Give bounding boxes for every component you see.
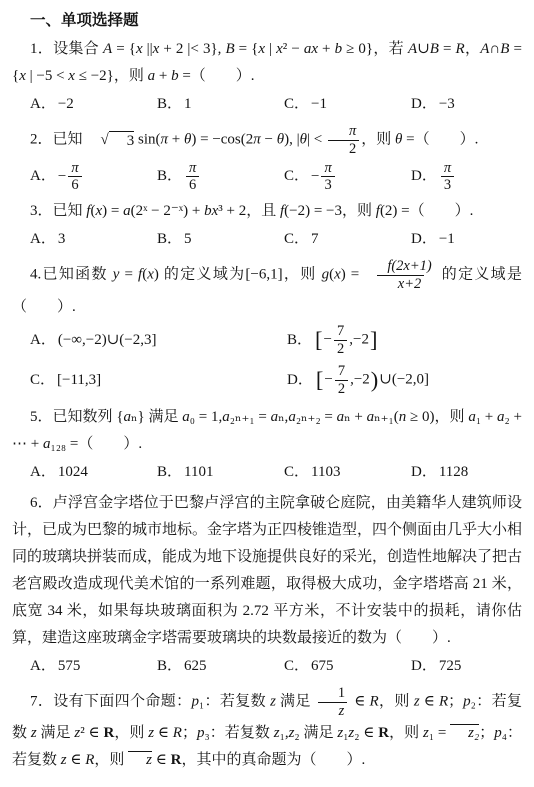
option-D: D．725 [411, 652, 461, 681]
text-run: 7．设有下面四个命题： [30, 694, 191, 710]
fraction-denominator: 3 [441, 176, 454, 194]
math-run: x [19, 68, 26, 84]
question-stem: 5．已知数列 {aₙ} 满足 a₀ = 1,a₂ₙ₊₁ = aₙ,a₂ₙ₊₂ =… [12, 404, 522, 458]
text-run: 725 [439, 658, 462, 674]
text-run: 1024 [58, 464, 88, 480]
option-label: D． [411, 458, 437, 487]
option-value: 725 [439, 652, 462, 681]
option-D: D．π3 [411, 159, 456, 195]
option-label: B． [157, 162, 182, 191]
option-value: −1 [439, 225, 455, 254]
option-label: A． [30, 90, 56, 119]
text-run: ； [448, 694, 463, 710]
option-value: 575 [58, 652, 81, 681]
text-run: ,−2 [349, 332, 369, 348]
text-run: ) = [102, 203, 123, 219]
fraction-numerator: π [321, 160, 334, 177]
option-C: C．[−11,3] [30, 361, 287, 401]
fraction-numerator: 1 [317, 685, 348, 702]
math-run: x [276, 41, 283, 57]
text-run: ，则 [379, 694, 414, 710]
option-B: B．5 [157, 225, 284, 254]
option-label: D． [411, 162, 437, 191]
fraction-denominator: 6 [186, 176, 199, 194]
text-run: = { [235, 41, 259, 57]
text-run: + [168, 132, 184, 148]
fraction-numerator: π [441, 160, 454, 177]
option-label: A． [30, 162, 56, 191]
math-run: bx [204, 203, 218, 219]
text-run: ), | [284, 132, 300, 148]
option-C: C．675 [284, 652, 411, 681]
text-run: 1101 [184, 464, 213, 480]
option-A: A．−π6 [30, 159, 157, 195]
math-run: a [468, 409, 476, 425]
question-q3: 3．已知 f(x) = a(2ˣ − 2⁻ˣ) + bx³ + 2，且 f(−2… [12, 198, 522, 254]
question-options: A．1024B．1101C．1103D．1128 [12, 458, 522, 487]
fraction: π3 [441, 160, 454, 194]
math-run: x [147, 267, 154, 283]
option-A: A．575 [30, 652, 157, 681]
math-run: b [171, 68, 179, 84]
question-options: A．−π6B．π6C．−π3D．π3 [12, 159, 522, 195]
text-run: 1 [184, 96, 192, 112]
math-run: a [123, 203, 131, 219]
math-run: x [68, 68, 75, 84]
text-run: 3 [58, 231, 66, 247]
fraction-denominator: 2 [328, 140, 359, 158]
text-run: (−∞,−2)∪(−2,3] [58, 332, 157, 348]
fraction-denominator: 2 [335, 380, 348, 398]
math-run: a [222, 409, 230, 425]
text-run: ； [479, 725, 494, 741]
option-A: A．3 [30, 225, 157, 254]
option-value: −2 [58, 90, 74, 119]
text-run: − [324, 332, 332, 348]
option-B: B．π6 [157, 159, 284, 195]
text-run: −3 [439, 96, 455, 112]
math-run: A [408, 41, 417, 57]
option-value: 5 [184, 225, 192, 254]
option-C: C．−1 [284, 90, 411, 119]
question-options: A．−2B．1C．−1D．−3 [12, 90, 522, 119]
option-label: A． [30, 458, 56, 487]
text-run: + [318, 41, 335, 57]
option-C: C．1103 [284, 458, 411, 487]
option-label: C． [284, 90, 309, 119]
math-run: a [288, 409, 296, 425]
text-run: 675 [311, 658, 334, 674]
text-run: −1 [439, 231, 455, 247]
text-run: = [439, 41, 456, 57]
option-label: B． [157, 90, 182, 119]
text-run: 2．已知 [30, 132, 83, 148]
math-run: p [494, 725, 502, 741]
math-run: b [335, 41, 343, 57]
text-run: − [311, 168, 319, 184]
text-run: 7 [311, 231, 319, 247]
text-run: (2) =（ ）. [380, 203, 473, 219]
option-value: −3 [439, 90, 455, 119]
option-D: D．1128 [411, 458, 468, 487]
text-run: = [119, 267, 138, 283]
text-run: || [143, 41, 153, 57]
text-run: ∈ [67, 752, 86, 768]
option-label: C． [284, 652, 309, 681]
math-run: a [124, 409, 132, 425]
option-value: [−72,−2)∪(−2,0] [315, 362, 429, 398]
text-run: ₁ = [429, 725, 450, 741]
text-run: − [261, 132, 277, 148]
question-q6: 6．卢浮宫金字塔位于巴黎卢浮宫的主院拿破仑庭院，由美籍华人建筑师设计，已成为巴黎… [12, 490, 522, 681]
question-stem: 3．已知 f(x) = a(2ˣ − 2⁻ˣ) + bx³ + 2，且 f(−2… [12, 198, 522, 225]
fraction-denominator: x+2 [377, 275, 424, 293]
text-run: | −5 < [26, 68, 68, 84]
math-run: a [182, 409, 190, 425]
fraction-numerator: π [328, 123, 359, 140]
option-B: B．1101 [157, 458, 284, 487]
option-label: B． [287, 326, 312, 355]
text-run: ² ∈ [80, 725, 103, 741]
text-run: 满足 [37, 725, 75, 741]
math-run: π [161, 132, 169, 148]
option-A: A．−2 [30, 90, 157, 119]
text-run: ≥ 0}，若 [342, 41, 408, 57]
text-run: ； [182, 725, 197, 741]
option-value: 1 [184, 90, 192, 119]
option-B: B．[−72,−2] [287, 321, 378, 361]
math-run: p [191, 694, 199, 710]
fraction-denominator: z [318, 702, 348, 720]
option-value: −π3 [311, 159, 337, 195]
math-run: θ [300, 132, 307, 148]
option-label: B． [157, 458, 182, 487]
text-run: ∪(−2,0] [379, 372, 429, 388]
text-run: [−11,3] [57, 372, 101, 388]
text-run: + 2 |< 3}, [159, 41, 225, 57]
text-run: + [155, 68, 171, 84]
text-run: 1128 [439, 464, 468, 480]
fraction: π6 [68, 160, 81, 194]
text-run: ，则 [361, 132, 395, 148]
text-run: 4.已知函数 [30, 267, 113, 283]
option-value: [−11,3] [57, 366, 101, 395]
big-bracket: [ [316, 367, 324, 392]
text-run: ≥ 0)，则 [406, 409, 468, 425]
fraction: π3 [321, 160, 334, 194]
option-value: [−72,−2] [314, 322, 378, 358]
fraction: 72 [335, 363, 348, 397]
option-value: 1128 [439, 458, 468, 487]
text-run: | < [307, 132, 326, 148]
option-label: B． [157, 225, 182, 254]
text-run: ₁, [280, 725, 289, 741]
math-run: x [334, 267, 341, 283]
question-list: 1．设集合 A = {x ||x + 2 |< 3}, B = {x | x² … [12, 36, 522, 774]
text-run: =（ ）. [179, 68, 255, 84]
math-run: a [367, 409, 375, 425]
fraction-numerator: π [186, 160, 199, 177]
math-run: π [253, 132, 261, 148]
fraction-numerator: 7 [335, 363, 348, 380]
text-run: ∈ [154, 725, 173, 741]
option-B: B．625 [157, 652, 284, 681]
text-run: ₙ₊₁( [374, 409, 399, 425]
fraction: f(2x+1)x+2 [366, 258, 434, 292]
text-run: ₙ} 满足 [131, 409, 182, 425]
text-run: − [58, 168, 66, 184]
text-run: (−2) = −3，则 [284, 203, 376, 219]
section-title: 一、单项选择题 [12, 8, 522, 30]
math-run: R [85, 752, 94, 768]
math-run: x [136, 41, 143, 57]
math-run: a [271, 409, 279, 425]
option-value: π3 [439, 159, 456, 195]
fraction: 1z [317, 685, 348, 719]
text-run: ₃：若复数 [204, 725, 273, 741]
option-value: π6 [184, 159, 201, 195]
option-value: 1103 [311, 458, 340, 487]
option-label: C． [284, 225, 309, 254]
question-options: A．(−∞,−2)∪(−2,3]B．[−72,−2]C．[−11,3]D．[−7… [12, 321, 522, 401]
text-run: =（ ）. [402, 132, 478, 148]
math-run: R [455, 41, 464, 57]
text-run: ∪ [417, 41, 430, 57]
option-value: 625 [184, 652, 207, 681]
option-label: D． [287, 366, 313, 395]
question-q4: 4.已知函数 y = f(x) 的定义域为[−6,1]，则 g(x) = f(2… [12, 257, 522, 400]
bold-set-symbol: R [103, 725, 114, 741]
option-D: D．−1 [411, 225, 455, 254]
sqrt-expression: √3 [83, 131, 135, 150]
option-label: B． [157, 652, 182, 681]
text-run: ₀ = 1, [190, 409, 222, 425]
text-run: ) 的定义域为[−6,1]，则 [154, 267, 322, 283]
option-value: 1024 [58, 458, 88, 487]
text-run: ，则 [389, 725, 423, 741]
question-stem: 4.已知函数 y = f(x) 的定义域为[−6,1]，则 g(x) = f(2… [12, 257, 522, 320]
overline-conjugate: z [128, 751, 152, 769]
overline-conjugate: z₂ [450, 724, 479, 742]
text-run: ₁：若复数 [199, 694, 270, 710]
text-run: − [324, 372, 332, 388]
option-value: −π6 [58, 159, 84, 195]
math-run: A [103, 41, 112, 57]
radicand: 3 [109, 131, 135, 150]
option-value: 7 [311, 225, 319, 254]
text-run: 575 [58, 658, 81, 674]
fraction: π6 [186, 160, 199, 194]
question-options: A．3B．5C．7D．−1 [12, 225, 522, 254]
fraction-denominator: 6 [68, 176, 81, 194]
text-run: ≤ −2}，则 [75, 68, 148, 84]
text-run: sin( [134, 132, 160, 148]
big-bracket: ) [371, 367, 379, 392]
text-run: ₙ + [344, 409, 366, 425]
text-run: (2ˣ − 2⁻ˣ) + [131, 203, 205, 219]
math-run: p [463, 694, 471, 710]
text-run: ) = −cos(2 [191, 132, 253, 148]
fraction-numerator: f(2x+1) [366, 258, 434, 275]
option-label: C． [30, 366, 55, 395]
text-run: ∈ [420, 694, 439, 710]
text-run: −1 [311, 96, 327, 112]
option-label: D． [411, 225, 437, 254]
text-run: 6．卢浮宫金字塔位于巴黎卢浮宫的主院拿破仑庭院，由美籍华人建筑师设计，已成为巴黎… [12, 495, 522, 646]
math-run: R [439, 694, 448, 710]
big-bracket: ] [370, 327, 378, 352]
option-B: B．1 [157, 90, 284, 119]
question-q7: 7．设有下面四个命题：p₁：若复数 z 满足 1z ∈ R，则 z ∈ R；p₂… [12, 684, 522, 774]
fraction-numerator: π [68, 160, 81, 177]
question-stem: 2．已知√3 sin(π + θ) = −cos(2π − θ), |θ| < … [12, 122, 522, 158]
big-bracket: [ [315, 327, 323, 352]
fraction: π2 [328, 123, 359, 157]
option-D: D．−3 [411, 90, 455, 119]
text-run: ₂ ∈ [354, 725, 378, 741]
text-run: ∈ [350, 694, 369, 710]
text-run: ₂ₙ₊₂ = [296, 409, 337, 425]
option-C: C．−π3 [284, 159, 411, 195]
question-stem: 1．设集合 A = {x ||x + 2 |< 3}, B = {x | x² … [12, 36, 522, 90]
option-label: D． [411, 90, 437, 119]
text-run: 1103 [311, 464, 340, 480]
text-run: ，则 [94, 752, 128, 768]
text-run: ,−2 [350, 372, 370, 388]
option-label: A． [30, 326, 56, 355]
text-run: 625 [184, 658, 207, 674]
fraction-numerator: 7 [334, 323, 347, 340]
math-run: a [497, 409, 505, 425]
question-options: A．575B．625C．675D．725 [12, 652, 522, 681]
bold-set-symbol: R [171, 752, 182, 768]
option-label: C． [284, 162, 309, 191]
option-value: 675 [311, 652, 334, 681]
option-label: A． [30, 652, 56, 681]
fraction: 72 [334, 323, 347, 357]
question-q2: 2．已知√3 sin(π + θ) = −cos(2π − θ), |θ| < … [12, 122, 522, 195]
fraction-denominator: 2 [334, 340, 347, 358]
text-run: 满足 [276, 694, 315, 710]
text-run: ₙ, [278, 409, 288, 425]
fraction-denominator: 3 [321, 176, 334, 194]
text-run: ∩ [489, 41, 500, 57]
option-label: D． [411, 652, 437, 681]
text-run: ，其中的真命题为（ ）. [181, 752, 365, 768]
radical-sign: √ [83, 131, 109, 149]
text-run: ∈ [152, 752, 171, 768]
text-run: −2 [58, 96, 74, 112]
math-run: ax [304, 41, 318, 57]
question-q5: 5．已知数列 {aₙ} 满足 a₀ = 1,a₂ₙ₊₁ = aₙ,a₂ₙ₊₂ =… [12, 404, 522, 487]
text-run: 1．设集合 [30, 41, 103, 57]
math-run: g [322, 267, 330, 283]
text-run: = { [112, 41, 136, 57]
math-run: R [369, 694, 378, 710]
text-run: | [265, 41, 276, 57]
question-q1: 1．设集合 A = {x ||x + 2 |< 3}, B = {x | x² … [12, 36, 522, 119]
option-value: (−∞,−2)∪(−2,3] [58, 326, 157, 355]
math-run: B [225, 41, 234, 57]
text-run: ² − [283, 41, 304, 57]
option-label: C． [284, 458, 309, 487]
bold-set-symbol: R [378, 725, 389, 741]
option-value: 1101 [184, 458, 213, 487]
text-run: ₂ₙ₊₁ = [230, 409, 271, 425]
text-run: ，则 [114, 725, 148, 741]
option-value: −1 [311, 90, 327, 119]
option-D: D．[−72,−2)∪(−2,0] [287, 361, 429, 401]
option-C: C．7 [284, 225, 411, 254]
text-run: ， [465, 41, 481, 57]
text-run: 3．已知 [30, 203, 86, 219]
option-A: A．1024 [30, 458, 157, 487]
text-run: ₂ 满足 [294, 725, 337, 741]
option-value: 3 [58, 225, 66, 254]
text-run: ) = [341, 267, 365, 283]
text-run: ₁ + [476, 409, 497, 425]
question-stem: 7．设有下面四个命题：p₁：若复数 z 满足 1z ∈ R，则 z ∈ R；p₂… [12, 684, 522, 774]
text-run: ₁₂₈ =（ ）. [50, 436, 142, 452]
exam-page: 一、单项选择题 1．设集合 A = {x ||x + 2 |< 3}, B = … [0, 0, 534, 787]
option-A: A．(−∞,−2)∪(−2,3] [30, 321, 287, 361]
option-label: A． [30, 225, 56, 254]
question-stem: 6．卢浮宫金字塔位于巴黎卢浮宫的主院拿破仑庭院，由美籍华人建筑师设计，已成为巴黎… [12, 490, 522, 652]
math-run: B [430, 41, 439, 57]
text-run: ³ + 2，且 [218, 203, 280, 219]
math-run: R [173, 725, 182, 741]
text-run: 5 [184, 231, 192, 247]
math-run: a [148, 68, 156, 84]
text-run: 5．已知数列 { [30, 409, 124, 425]
